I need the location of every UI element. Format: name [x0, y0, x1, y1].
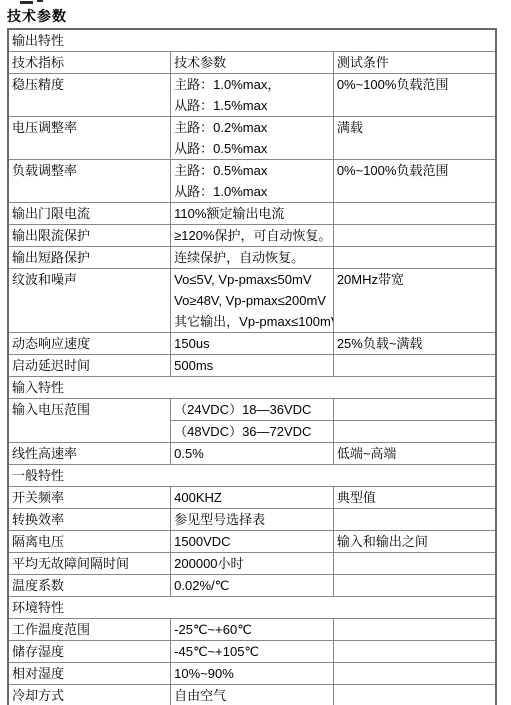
table-row: 负载调整率 主路：0.5%max 从路：1.0%max 0%~100%负载范围	[8, 160, 496, 203]
spec-label-cell: 隔离电压	[8, 531, 171, 553]
spec-label-cell: 电压调整率	[8, 117, 171, 160]
table-row: 相对湿度 10%~90%	[8, 663, 496, 685]
table-row: 输出门限电流 110%额定输出电流	[8, 203, 496, 225]
spec-value-cell: 主路：0.5%max 从路：1.0%max	[171, 160, 334, 203]
section-header-cell: 输出特性	[8, 29, 496, 52]
column-header-indicator: 技术指标	[8, 52, 171, 74]
spec-label-cell: 开关频率	[8, 487, 171, 509]
spec-label-cell: 输出门限电流	[8, 203, 171, 225]
spec-condition-cell	[333, 509, 496, 531]
column-header-row: 技术指标 技术参数 测试条件	[8, 52, 496, 74]
spec-label-cell: 动态响应速度	[8, 333, 171, 355]
spec-value-cell: 参见型号选择表	[171, 509, 334, 531]
table-row: 工作温度范围 -25℃~+60℃	[8, 619, 496, 641]
spec-value-cell: 10%~90%	[171, 663, 334, 685]
section-header-cell: 输入特性	[8, 377, 496, 399]
spec-value-cell: 400KHZ	[171, 487, 334, 509]
table-row: 转换效率 参见型号选择表	[8, 509, 496, 531]
spec-condition-cell	[333, 553, 496, 575]
spec-value-cell: 主路：1.0%max， 从路：1.5%max	[171, 74, 334, 117]
section-row-general: 一般特性	[8, 465, 496, 487]
spec-label-cell: 纹波和噪声	[8, 269, 171, 333]
spec-condition-cell: 0%~100%负载范围	[333, 74, 496, 117]
spec-label-cell: 输出限流保护	[8, 225, 171, 247]
spec-label-cell: 相对湿度	[8, 663, 171, 685]
clipped-text-fragment	[20, 0, 43, 4]
spec-value-cell: （48VDC）36—72VDC	[171, 421, 334, 443]
table-row: 开关频率 400KHZ 典型值	[8, 487, 496, 509]
spec-label-cell: 工作温度范围	[8, 619, 171, 641]
spec-label-cell: 平均无故障间隔时间	[8, 553, 171, 575]
page-heading: 技术参数	[7, 8, 511, 24]
table-row: 平均无故障间隔时间 200000小时	[8, 553, 496, 575]
spec-value-cell: 200000小时	[171, 553, 334, 575]
spec-condition-cell: 0%~100%负载范围	[333, 160, 496, 203]
spec-condition-cell: 输入和输出之间	[333, 531, 496, 553]
spec-condition-cell	[333, 619, 496, 641]
table-row: 线性高速率 0.5% 低端~高端	[8, 443, 496, 465]
spec-label-cell: 转换效率	[8, 509, 171, 531]
spec-condition-cell	[333, 225, 496, 247]
spec-condition-cell: 25%负载~满载	[333, 333, 496, 355]
table-row: 纹波和噪声 Vo≤5V, Vp-pmax≤50mV Vo≥48V, Vp-pma…	[8, 269, 496, 333]
spec-value-cell: -45℃~+105℃	[171, 641, 334, 663]
spec-table: 输出特性 技术指标 技术参数 测试条件 稳压精度 主路：1.0%max， 从路：…	[7, 28, 497, 705]
clipped-glyph-icon	[20, 1, 33, 4]
table-row: 输出短路保护 连续保护，自动恢复。	[8, 247, 496, 269]
table-row: 电压调整率 主路：0.2%max 从路：0.5%max 满载	[8, 117, 496, 160]
spec-label-cell: 储存湿度	[8, 641, 171, 663]
spec-value-cell: 500ms	[171, 355, 334, 377]
spec-condition-cell	[333, 399, 496, 421]
table-row: 启动延迟时间 500ms	[8, 355, 496, 377]
spec-label-cell: 稳压精度	[8, 74, 171, 117]
section-header-cell: 环境特性	[8, 597, 496, 619]
spec-label-cell: 输出短路保护	[8, 247, 171, 269]
spec-condition-cell	[333, 575, 496, 597]
column-header-parameter: 技术参数	[171, 52, 334, 74]
spec-value-cell: Vo≤5V, Vp-pmax≤50mV Vo≥48V, Vp-pmax≤200m…	[171, 269, 334, 333]
spec-condition-cell	[333, 421, 496, 443]
table-row: 稳压精度 主路：1.0%max， 从路：1.5%max 0%~100%负载范围	[8, 74, 496, 117]
spec-condition-cell	[333, 247, 496, 269]
column-header-condition: 测试条件	[333, 52, 496, 74]
spec-value-cell: （24VDC）18—36VDC	[171, 399, 334, 421]
spec-condition-cell	[333, 355, 496, 377]
spec-value-cell: 连续保护，自动恢复。	[171, 247, 334, 269]
section-row-environment: 环境特性	[8, 597, 496, 619]
spec-condition-cell: 满载	[333, 117, 496, 160]
spec-value-cell: 主路：0.2%max 从路：0.5%max	[171, 117, 334, 160]
spec-value-cell: 自由空气	[171, 685, 334, 705]
spec-value-cell: 110%额定输出电流	[171, 203, 334, 225]
spec-value-cell: 0.02%/℃	[171, 575, 334, 597]
table-row: 输出限流保护 ≥120%保护，可自动恢复。	[8, 225, 496, 247]
spec-value-cell: 1500VDC	[171, 531, 334, 553]
spec-condition-cell	[333, 641, 496, 663]
section-row-output: 输出特性	[8, 29, 496, 52]
spec-label-cell: 启动延迟时间	[8, 355, 171, 377]
spec-label-cell: 负载调整率	[8, 160, 171, 203]
spec-condition-cell	[333, 203, 496, 225]
spec-value-cell: 150us	[171, 333, 334, 355]
spec-label-cell: 输入电压范围	[8, 399, 171, 443]
table-row: 隔离电压 1500VDC 输入和输出之间	[8, 531, 496, 553]
table-row: 温度系数 0.02%/℃	[8, 575, 496, 597]
spec-value-cell: -25℃~+60℃	[171, 619, 334, 641]
spec-condition-cell: 20MHz带宽	[333, 269, 496, 333]
spec-condition-cell: 典型值	[333, 487, 496, 509]
table-row: 输入电压范围 （24VDC）18—36VDC	[8, 399, 496, 421]
spec-value-cell: ≥120%保护，可自动恢复。	[171, 225, 334, 247]
spec-label-cell: 冷却方式	[8, 685, 171, 705]
spec-condition-cell	[333, 685, 496, 705]
clipped-glyph-icon	[37, 0, 43, 2]
table-row: 储存湿度 -45℃~+105℃	[8, 641, 496, 663]
spec-label-cell: 温度系数	[8, 575, 171, 597]
spec-condition-cell: 低端~高端	[333, 443, 496, 465]
section-row-input: 输入特性	[8, 377, 496, 399]
spec-condition-cell	[333, 663, 496, 685]
table-row: 冷却方式 自由空气	[8, 685, 496, 705]
spec-value-cell: 0.5%	[171, 443, 334, 465]
section-header-cell: 一般特性	[8, 465, 496, 487]
spec-label-cell: 线性高速率	[8, 443, 171, 465]
table-row: 动态响应速度 150us 25%负载~满载	[8, 333, 496, 355]
